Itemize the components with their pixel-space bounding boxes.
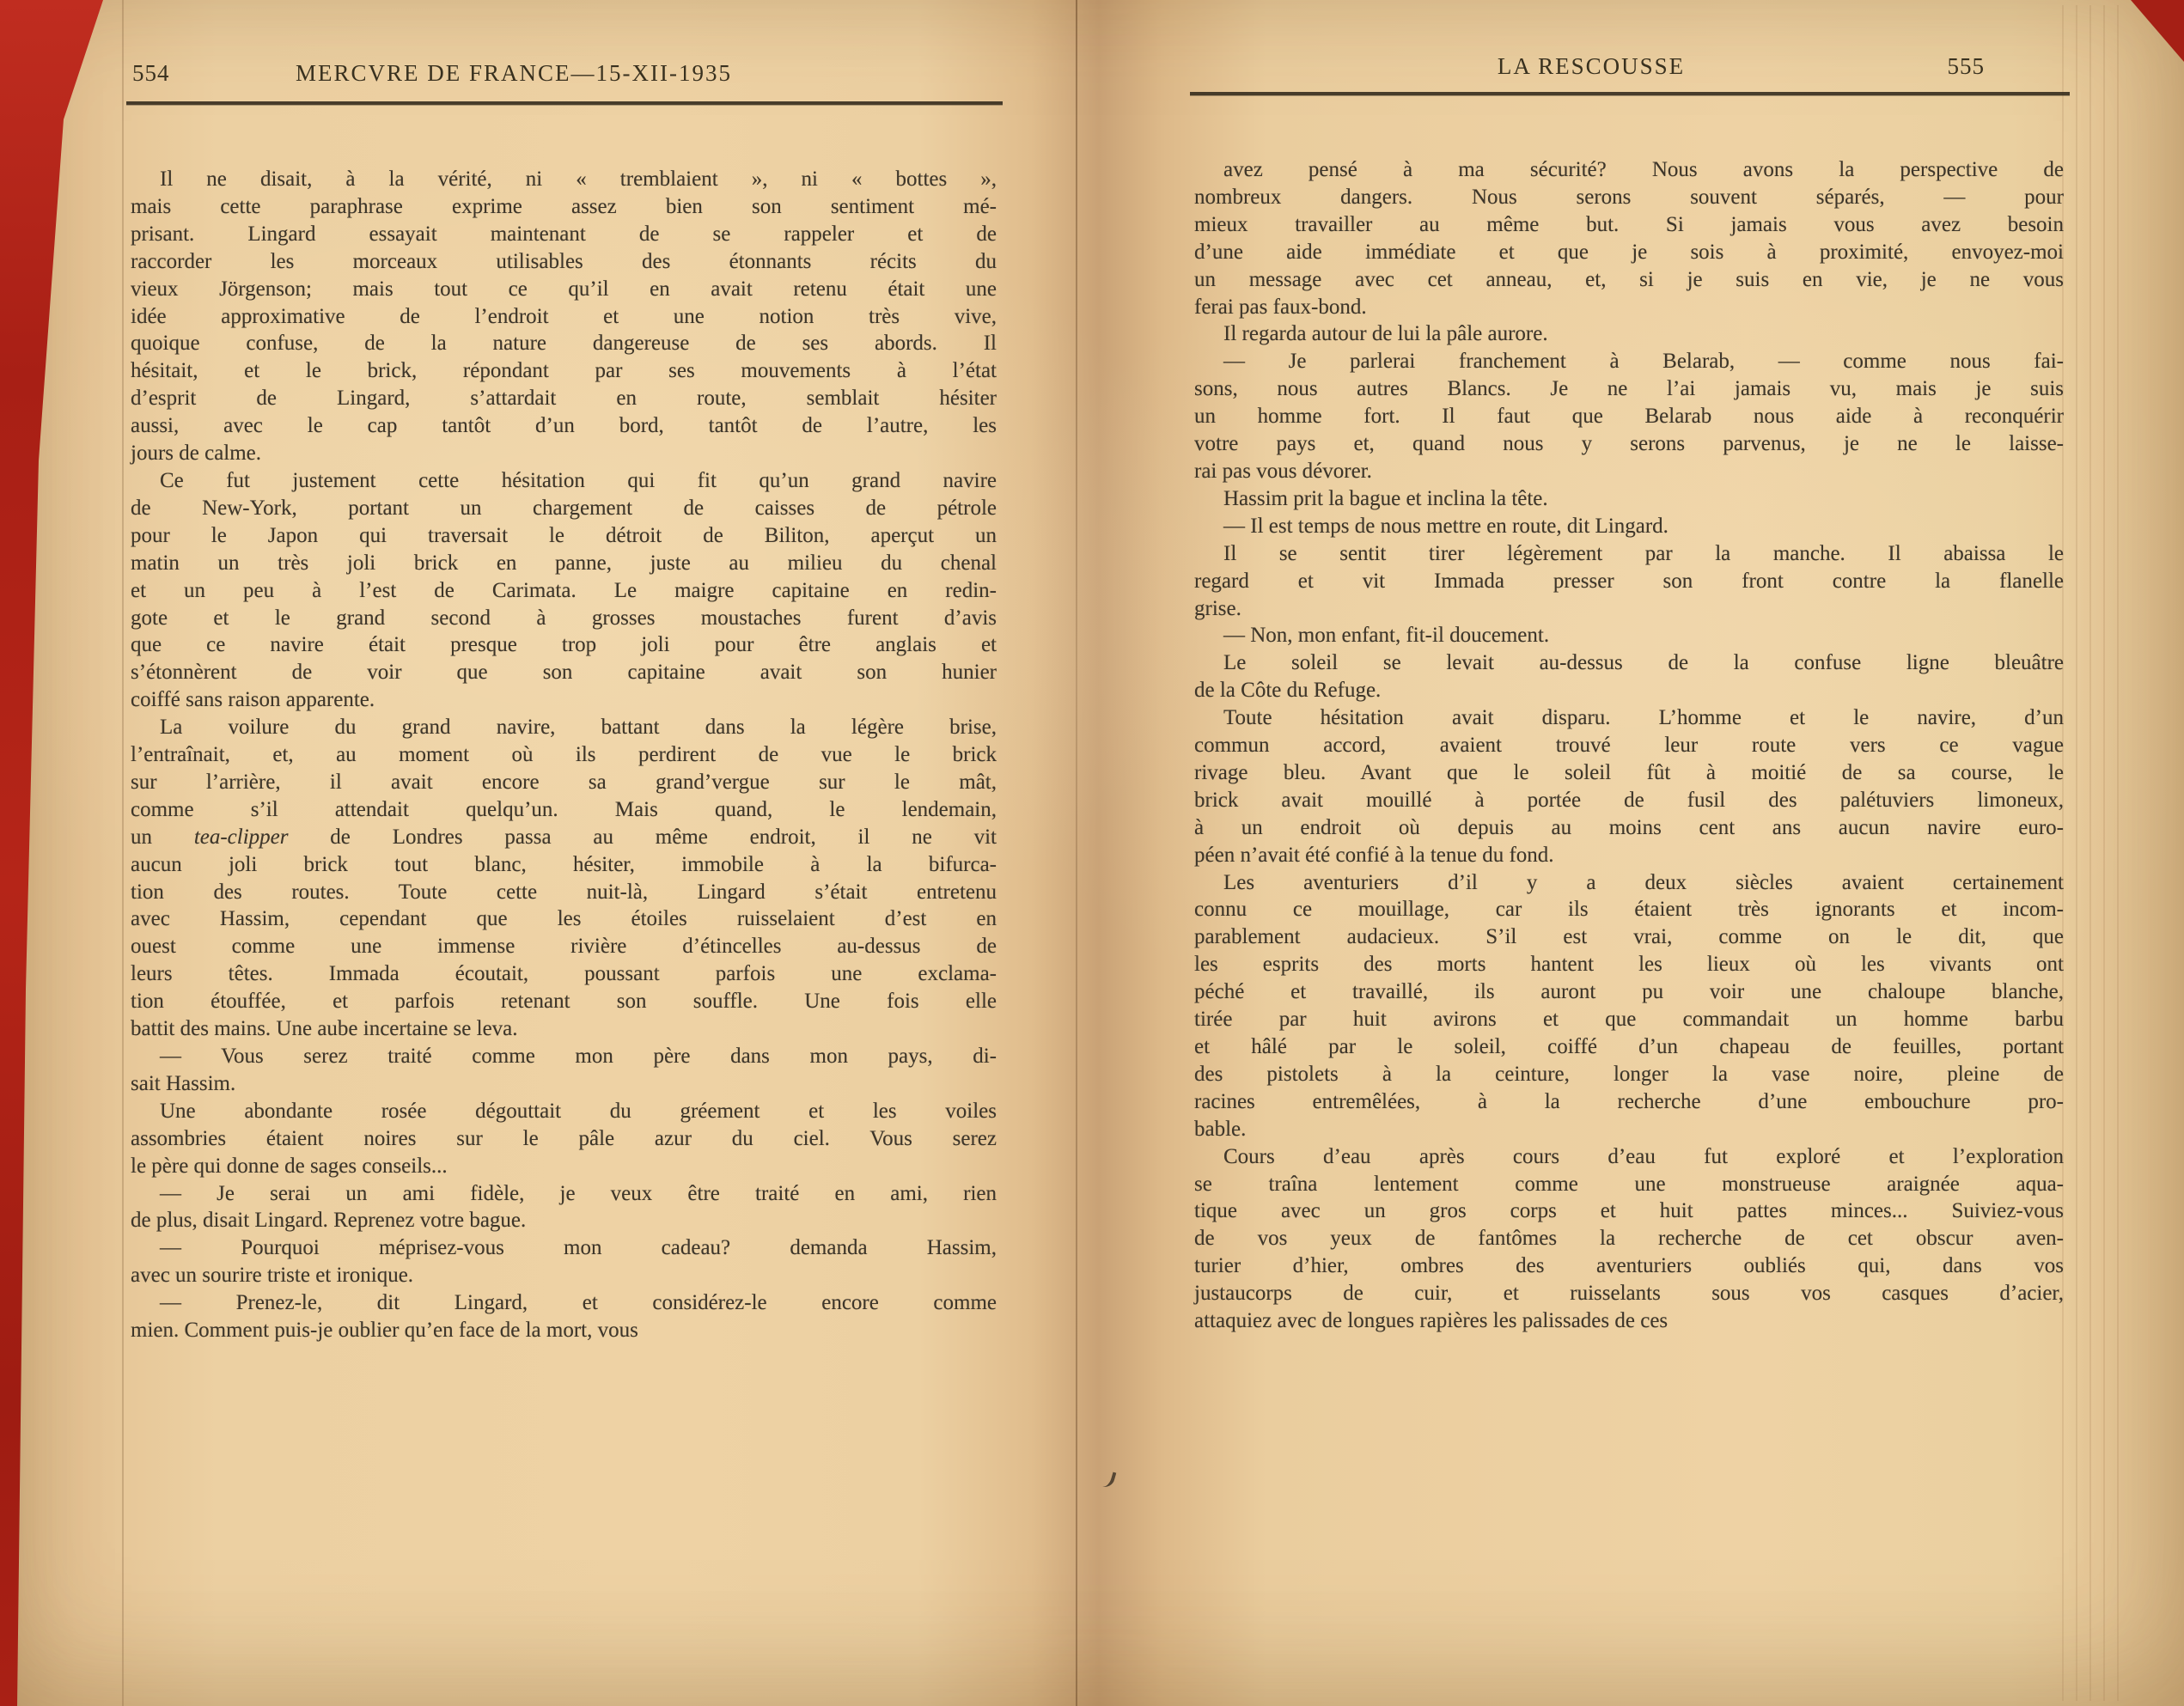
- text-line: — Prenez-le, dit Lingard, et considérez-…: [131, 1289, 997, 1317]
- text-line: s’étonnèrent de voir que son capitaine a…: [131, 659, 997, 686]
- text-line: de vos yeux de fantômes la recherche de …: [1194, 1225, 2064, 1252]
- text-line: de la Côte du Refuge.: [1194, 677, 2064, 704]
- text-line: parablement audacieux. S’il est vrai, co…: [1194, 923, 2064, 951]
- ink-mark: [1099, 1469, 1117, 1490]
- text-line: ferai pas faux-bond.: [1194, 294, 2064, 321]
- page-right-header: LA RESCOUSSE 555: [1194, 53, 2064, 93]
- text-line: tique avec un gros corps et huit pattes …: [1194, 1197, 2064, 1225]
- text-line: racines entremêlées, à la recherche d’un…: [1194, 1088, 2064, 1116]
- page-fore-edges: [2062, 5, 2124, 1701]
- text-line: à un endroit où depuis au moins cent ans…: [1194, 814, 2064, 842]
- text-line: rivage bleu. Avant que le soleil fût à m…: [1194, 759, 2064, 787]
- text-line: — Non, mon enfant, fit-il doucement.: [1194, 622, 2064, 649]
- text-line: tion des routes. Toute cette nuit-là, Li…: [131, 879, 997, 906]
- text-line: péché et travaillé, ils auront pu voir u…: [1194, 978, 2064, 1006]
- text-line: et un peu à l’est de Carimata. Le maigre…: [131, 577, 997, 605]
- text-line: nombreux dangers. Nous serons souvent sé…: [1194, 184, 2064, 211]
- text-line: l’entraînait, et, au moment où ils perdi…: [131, 741, 997, 769]
- header-rule-left: [126, 101, 1003, 105]
- text-line: regard et vit Immada presser son front c…: [1194, 568, 2064, 595]
- text-line: leurs têtes. Immada écoutait, poussant p…: [131, 960, 997, 988]
- text-line: Il ne disait, à la vérité, ni « tremblai…: [131, 166, 997, 193]
- text-line: le père qui donne de sages conseils...: [131, 1153, 997, 1180]
- text-line: sur l’arrière, il avait encore sa grand’…: [131, 769, 997, 796]
- text-line: avec un sourire triste et ironique.: [131, 1262, 997, 1289]
- text-line: brick avait mouillé à portée de fusil de…: [1194, 787, 2064, 814]
- text-line: que ce navire était presque trop joli po…: [131, 631, 997, 659]
- text-line: d’esprit de Lingard, s’attardait en rout…: [131, 385, 997, 412]
- text-line: — Je serai un ami fidèle, je veux être t…: [131, 1180, 997, 1208]
- page-number-right: 555: [1948, 53, 1986, 80]
- text-line: matin un très joli brick en panne, juste…: [131, 550, 997, 577]
- text-line: d’une aide immédiate et que je sois à pr…: [1194, 239, 2064, 266]
- text-line: — Il est temps de nous mettre en route, …: [1194, 513, 2064, 540]
- page-left: 554 MERCVRE DE FRANCE—15-XII-1935 Il ne …: [131, 60, 997, 100]
- text-line: Ce fut justement cette hésitation qui fi…: [131, 467, 997, 495]
- text-line: — Vous serez traité comme mon père dans …: [131, 1043, 997, 1070]
- text-line: connu ce mouillage, car ils étaient très…: [1194, 896, 2064, 923]
- text-line: et hâlé par le soleil, coiffé d’un chape…: [1194, 1033, 2064, 1061]
- running-title-left: MERCVRE DE FRANCE—15-XII-1935: [81, 60, 947, 87]
- text-line: jours de calme.: [131, 440, 997, 467]
- book-cover-left: [0, 0, 113, 1706]
- text-line: idée approximative de l’endroit et une n…: [131, 303, 997, 331]
- text-line: avec Hassim, cependant que les étoiles r…: [131, 905, 997, 933]
- text-line: vieux Jörgenson; mais tout ce qu’il en a…: [131, 276, 997, 303]
- text-line: mieux travailler au même but. Si jamais …: [1194, 211, 2064, 239]
- text-line: des pistolets à la ceinture, longer la v…: [1194, 1061, 2064, 1088]
- text-line: de New-York, portant un chargement de ca…: [131, 495, 997, 522]
- text-line: Une abondante rosée dégouttait du gréeme…: [131, 1098, 997, 1125]
- text-line: tion étouffée, et parfois retenant son s…: [131, 988, 997, 1015]
- text-line: pour le Japon qui traversait le détroit …: [131, 522, 997, 550]
- text-line: coiffé sans raison apparente.: [131, 686, 997, 714]
- book-cover-corner-top-right: [2131, 0, 2184, 62]
- page-right: LA RESCOUSSE 555 avez pensé à ma sécurit…: [1194, 53, 2064, 93]
- text-line: ouest comme une immense rivière d’étince…: [131, 933, 997, 960]
- text-line: prisant. Lingard essayait maintenant de …: [131, 221, 997, 248]
- running-title-right: LA RESCOUSSE: [1156, 53, 2026, 80]
- text-line: assombries étaient noires sur le pâle az…: [131, 1125, 997, 1153]
- text-line: — Pourquoi méprisez-vous mon cadeau? dem…: [131, 1234, 997, 1262]
- text-line: comme s’il attendait quelqu’un. Mais qua…: [131, 796, 997, 824]
- text-line: quoique confuse, de la nature dangereuse…: [131, 330, 997, 357]
- text-line: Hassim prit la bague et inclina la tête.: [1194, 485, 2064, 513]
- text-column-left: Il ne disait, à la vérité, ni « tremblai…: [131, 166, 997, 1344]
- text-line: gote et le grand second à grosses mousta…: [131, 605, 997, 632]
- page-left-header: 554 MERCVRE DE FRANCE—15-XII-1935: [131, 60, 997, 100]
- text-line: turier d’hier, ombres des aventuriers ou…: [1194, 1252, 2064, 1280]
- header-rule-right: [1190, 92, 2070, 95]
- left-page-edge: [122, 0, 124, 1706]
- book-scan: 554 MERCVRE DE FRANCE—15-XII-1935 Il ne …: [0, 0, 2184, 1706]
- text-line: sons, nous autres Blancs. Je ne l’ai jam…: [1194, 375, 2064, 403]
- text-line: un tea-clipper de Londres passa au même …: [131, 824, 997, 851]
- text-line: un homme fort. Il faut que Belarab nous …: [1194, 403, 2064, 430]
- text-line: avez pensé à ma sécurité? Nous avons la …: [1194, 156, 2064, 184]
- text-line: attaquiez avec de longues rapières les p…: [1194, 1307, 2064, 1335]
- text-line: tirée par huit avirons et que commandait…: [1194, 1006, 2064, 1033]
- text-line: hésitait, et le brick, répondant par ses…: [131, 357, 997, 385]
- text-line: péen n’avait été confié à la tenue du fo…: [1194, 842, 2064, 869]
- text-line: mais cette paraphrase exprime assez bien…: [131, 193, 997, 221]
- text-line: raccorder les morceaux utilisables des é…: [131, 248, 997, 276]
- text-line: battit des mains. Une aube incertaine se…: [131, 1015, 997, 1043]
- text-line: La voilure du grand navire, battant dans…: [131, 714, 997, 741]
- text-line: bable.: [1194, 1116, 2064, 1143]
- text-line: grise.: [1194, 595, 2064, 623]
- text-line: un message avec cet anneau, et, si je su…: [1194, 266, 2064, 294]
- text-line: rai pas vous dévorer.: [1194, 458, 2064, 485]
- text-line: justaucorps de cuir, et ruisselants sous…: [1194, 1280, 2064, 1307]
- text-line: mien. Comment puis-je oublier qu’en face…: [131, 1317, 997, 1344]
- text-line: Il regarda autour de lui la pâle aurore.: [1194, 320, 2064, 348]
- text-line: les esprits des morts hantent les lieux …: [1194, 951, 2064, 978]
- text-line: commun accord, avaient trouvé leur route…: [1194, 732, 2064, 759]
- text-line: Toute hésitation avait disparu. L’homme …: [1194, 704, 2064, 732]
- text-column-right: avez pensé à ma sécurité? Nous avons la …: [1194, 156, 2064, 1335]
- text-line: aucun joli brick tout blanc, hésiter, im…: [131, 851, 997, 879]
- text-line: votre pays et, quand nous y serons parve…: [1194, 430, 2064, 458]
- text-line: — Je parlerai franchement à Belarab, — c…: [1194, 348, 2064, 375]
- text-line: Le soleil se levait au-dessus de la conf…: [1194, 649, 2064, 677]
- text-line: Il se sentit tirer légèrement par la man…: [1194, 540, 2064, 568]
- text-line: se traîna lentement comme une monstrueus…: [1194, 1171, 2064, 1198]
- gutter-crease: [1076, 0, 1077, 1706]
- text-line: aussi, avec le cap tantôt d’un bord, tan…: [131, 412, 997, 440]
- text-line: Cours d’eau après cours d’eau fut explor…: [1194, 1143, 2064, 1171]
- text-line: de plus, disait Lingard. Reprenez votre …: [131, 1207, 997, 1234]
- text-line: sait Hassim.: [131, 1070, 997, 1098]
- text-line: Les aventuriers d’il y a deux siècles av…: [1194, 869, 2064, 897]
